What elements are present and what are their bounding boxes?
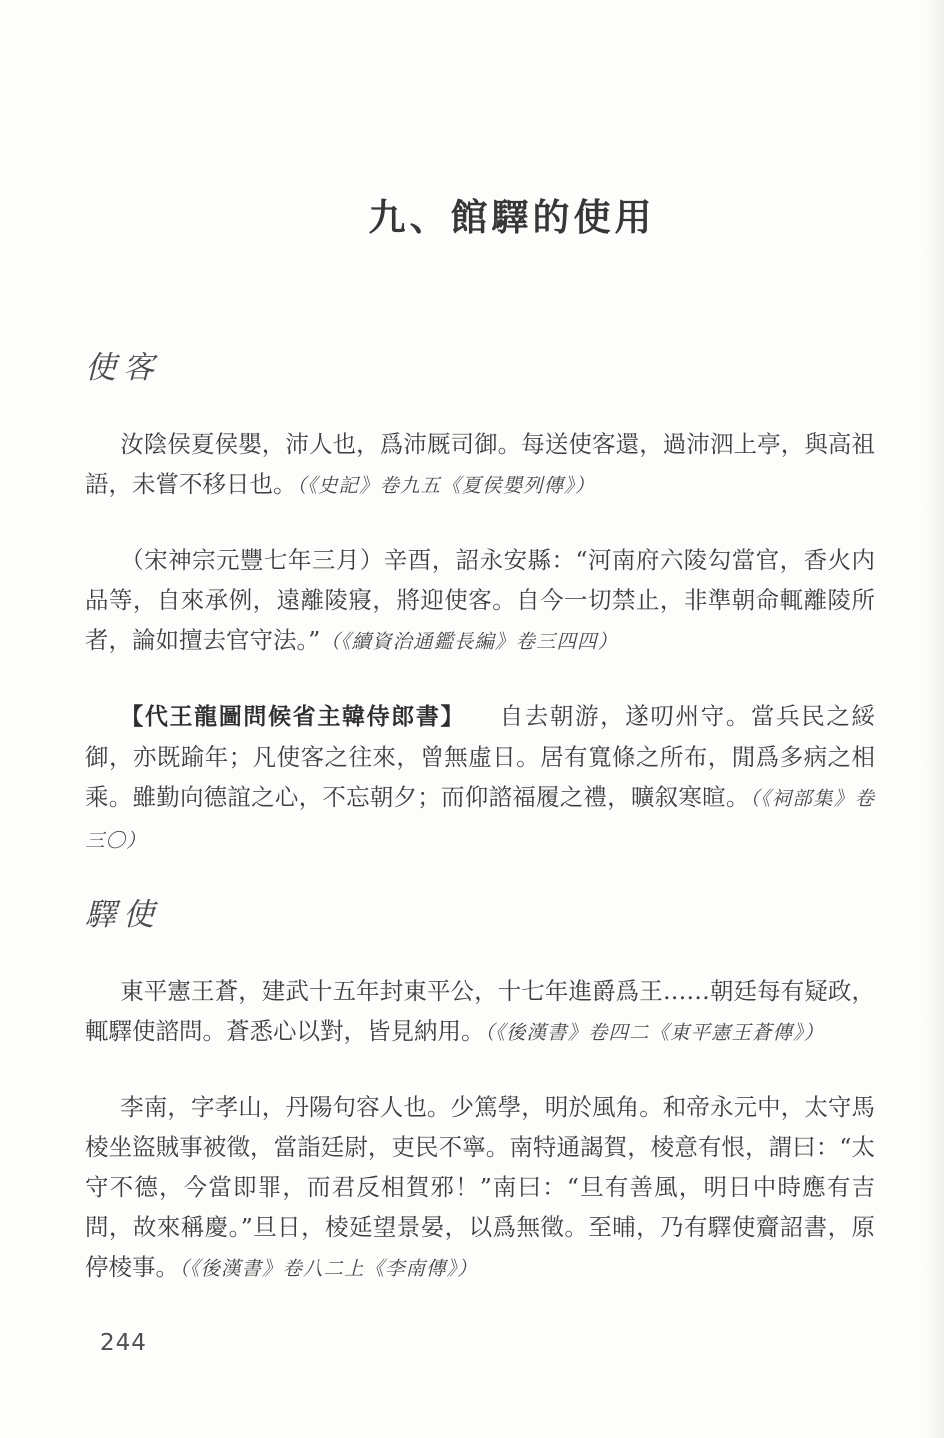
paragraph-citation: （《後漢書》卷八二上《李南傳》） (179, 1257, 478, 1280)
book-page: 九、館驛的使用 使客 汝陰侯夏侯嬰，沛人也，爲沛厩司御。每送使客還，過沛泗上亭，… (0, 0, 944, 1438)
paragraph: 李南，字孝山，丹陽句容人也。少篤學，明於風角。和帝永元中，太守馬棱坐盜賊事被徵，… (85, 1087, 875, 1289)
text-block: 九、館驛的使用 使客 汝陰侯夏侯嬰，沛人也，爲沛厩司御。每送使客還，過沛泗上亭，… (85, 0, 875, 1289)
section-heading: 使客 (85, 346, 875, 390)
paragraph-head: 【代王龍圖問候省主韓侍郎書】 (120, 704, 465, 730)
section-post-couriers: 驛使 東平憲王蒼，建武十五年封東平公，十七年進爵爲王……朝廷每有疑政，輒驛使諮問… (85, 893, 875, 1289)
paragraph: 【代王龍圖問候省主韓侍郎書】自去朝游，遂叨州守。當兵民之綏御，亦既踰年；凡使客之… (85, 696, 875, 861)
paragraph-citation: （《後漢書》卷四二《東平憲王蒼傳》） (485, 1021, 825, 1044)
section-envoys: 使客 汝陰侯夏侯嬰，沛人也，爲沛厩司御。每送使客還，過沛泗上亭，與高祖語，未嘗不… (85, 346, 875, 861)
paragraph-body: 李南，字孝山，丹陽句容人也。少篤學，明於風角。和帝永元中，太守馬棱坐盜賊事被徵，… (85, 1093, 875, 1281)
paragraph: 東平憲王蒼，建武十五年封東平公，十七年進爵爲王……朝廷每有疑政，輒驛使諮問。蒼悉… (85, 971, 875, 1053)
scan-edge-shadow (924, 0, 944, 1438)
paragraph-citation: （《續資治通鑑長編》卷三四四） (320, 630, 618, 653)
paragraph-citation: （《史記》卷九五《夏侯嬰列傳》） (297, 474, 596, 497)
section-heading: 驛使 (85, 893, 875, 937)
paragraph: 汝陰侯夏侯嬰，沛人也，爲沛厩司御。每送使客還，過沛泗上亭，與高祖語，未嘗不移日也… (85, 424, 875, 506)
paragraph: （宋神宗元豐七年三月）辛酉，詔永安縣：“河南府六陵勾當官，香火内品等，自來承例，… (85, 540, 875, 662)
page-number: 244 (100, 1330, 147, 1356)
chapter-title: 九、館驛的使用 (85, 0, 875, 242)
